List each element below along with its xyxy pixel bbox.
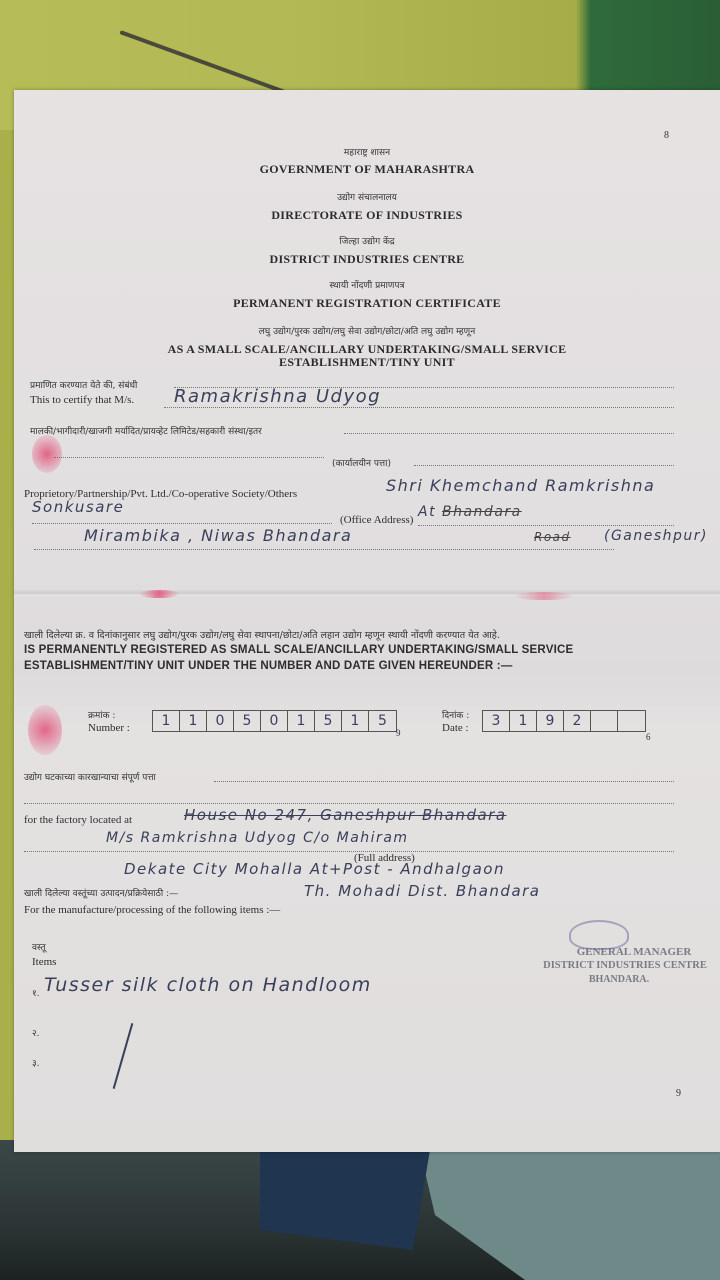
- date-digit[interactable]: 3: [483, 711, 510, 731]
- page-number-bottom: 9: [676, 1088, 681, 1099]
- firm-name-field[interactable]: Ramakrishna Udyog: [174, 386, 381, 407]
- dotted-line: [344, 424, 674, 434]
- item-number: ३.: [32, 1056, 40, 1069]
- date-hindi-label: दिनांक :: [442, 708, 469, 721]
- date-digit[interactable]: [591, 711, 618, 731]
- items-english-intro: For the manufacture/processing of the fo…: [24, 904, 280, 916]
- page-title: PERMANENT REGISTRATION CERTIFICATE: [14, 296, 720, 311]
- registration-number-boxes: 1 1 0 5 0 1 5 1 5: [152, 710, 397, 732]
- factory-hindi-label: उद्योग घटकाच्या कारखान्याचा संपूर्ण पत्त…: [24, 770, 156, 783]
- dotted-line: [24, 794, 674, 804]
- item-number: १.: [32, 986, 40, 999]
- office-address-locality[interactable]: (Ganeshpur): [604, 528, 708, 544]
- header-gov-english: GOVERNMENT OF MAHARASHTRA: [14, 162, 720, 177]
- number-digit[interactable]: 1: [342, 711, 369, 731]
- registered-hindi: खाली दिलेल्या क्र. व दिनांकानुसार लघु उद…: [24, 628, 500, 641]
- item-value[interactable]: Tusser silk cloth on Handloom: [44, 974, 372, 996]
- number-digit[interactable]: 1: [153, 711, 180, 731]
- strike-stroke: [113, 1023, 134, 1089]
- header-as-hindi: लघु उद्योग/पुरक उद्योग/लघु सेवा उद्योग/छ…: [14, 324, 720, 337]
- date-digit[interactable]: [618, 711, 645, 731]
- item-number: २.: [32, 1026, 40, 1039]
- ink-stain: [139, 590, 179, 598]
- dotted-line: [54, 448, 324, 458]
- date-digit[interactable]: 2: [564, 711, 591, 731]
- certify-hindi-label: प्रमाणित करण्यात येते की, संबंधी: [30, 378, 137, 391]
- stamp-line1: GENERAL MANAGER: [544, 946, 720, 958]
- stamp-line3: BHANDARA.: [554, 974, 684, 985]
- type-hindi-label: मालकी/भागीदारी/खाजगी मर्यादित/प्रायव्हेट…: [30, 424, 262, 437]
- factory-address-line3[interactable]: Dekate City Mohalla At+Post - Andhalgaon: [124, 860, 505, 878]
- header-dir-english: DIRECTORATE OF INDUSTRIES: [14, 208, 720, 223]
- certify-english-label: This to certify that M/s.: [30, 394, 134, 406]
- number-digit[interactable]: 5: [234, 711, 261, 731]
- number-subscript: 9: [396, 728, 401, 738]
- registration-certificate: 8 महाराष्ट्र शासन GOVERNMENT OF MAHARASH…: [14, 90, 720, 1152]
- date-english-label: Date :: [442, 722, 469, 734]
- stamp-line2: DISTRICT INDUSTRIES CENTRE: [520, 960, 720, 971]
- office-hindi-label: (कार्यालयीन पत्ता): [332, 456, 391, 469]
- paper-fold-line: [14, 590, 720, 596]
- date-subscript: 6: [646, 732, 651, 742]
- office-address-label: (Office Address): [340, 514, 413, 526]
- number-hindi-label: क्रमांक :: [88, 708, 115, 721]
- number-english-label: Number :: [88, 722, 130, 734]
- number-digit[interactable]: 1: [180, 711, 207, 731]
- items-hindi-intro: खाली दिलेल्या वस्तूंच्या उत्पादन/प्रक्रि…: [24, 886, 178, 899]
- dotted-line: [34, 540, 614, 550]
- dotted-line: [32, 514, 332, 524]
- number-digit[interactable]: 5: [369, 711, 396, 731]
- registered-english-2: ESTABLISHMENT/TINY UNIT UNDER THE NUMBER…: [24, 660, 513, 672]
- items-english-label: Items: [32, 956, 56, 968]
- header-dic-hindi: जिल्हा उद्योग केंद्र: [14, 234, 720, 247]
- number-digit[interactable]: 0: [261, 711, 288, 731]
- page-number-top: 8: [664, 130, 669, 141]
- registered-english-1: IS PERMANENTLY REGISTERED AS SMALL SCALE…: [24, 644, 573, 656]
- date-digit[interactable]: 9: [537, 711, 564, 731]
- header-cert-hindi: स्थायी नोंदणी प्रमाणपत्र: [14, 278, 720, 291]
- factory-english-label: for the factory located at: [24, 814, 132, 826]
- number-digit[interactable]: 1: [288, 711, 315, 731]
- number-digit[interactable]: 5: [315, 711, 342, 731]
- registration-date-boxes: 3 1 9 2: [482, 710, 646, 732]
- dotted-line: [418, 516, 674, 526]
- date-digit[interactable]: 1: [510, 711, 537, 731]
- header-as-english-2: ESTABLISHMENT/TINY UNIT: [14, 355, 720, 370]
- proprietor-name-field[interactable]: Shri Khemchand Ramkrishna: [386, 476, 655, 495]
- header-dic-english: DISTRICT INDUSTRIES CENTRE: [14, 252, 720, 267]
- factory-address-line4[interactable]: Th. Mohadi Dist. Bhandara: [304, 882, 541, 900]
- dotted-line: [214, 772, 674, 782]
- ink-stain: [514, 592, 574, 600]
- number-digit[interactable]: 0: [207, 711, 234, 731]
- ink-stain: [28, 705, 62, 755]
- header-gov-hindi: महाराष्ट्र शासन: [14, 145, 720, 158]
- factory-address-line2[interactable]: M/s Ramkrishna Udyog C/o Mahiram: [106, 830, 409, 846]
- factory-address-struck: House No 247, Ganeshpur Bhandara: [184, 806, 507, 824]
- dotted-line: [414, 456, 674, 466]
- items-hindi-label: वस्तू: [32, 940, 46, 953]
- header-dir-hindi: उद्योग संचालनालय: [14, 190, 720, 203]
